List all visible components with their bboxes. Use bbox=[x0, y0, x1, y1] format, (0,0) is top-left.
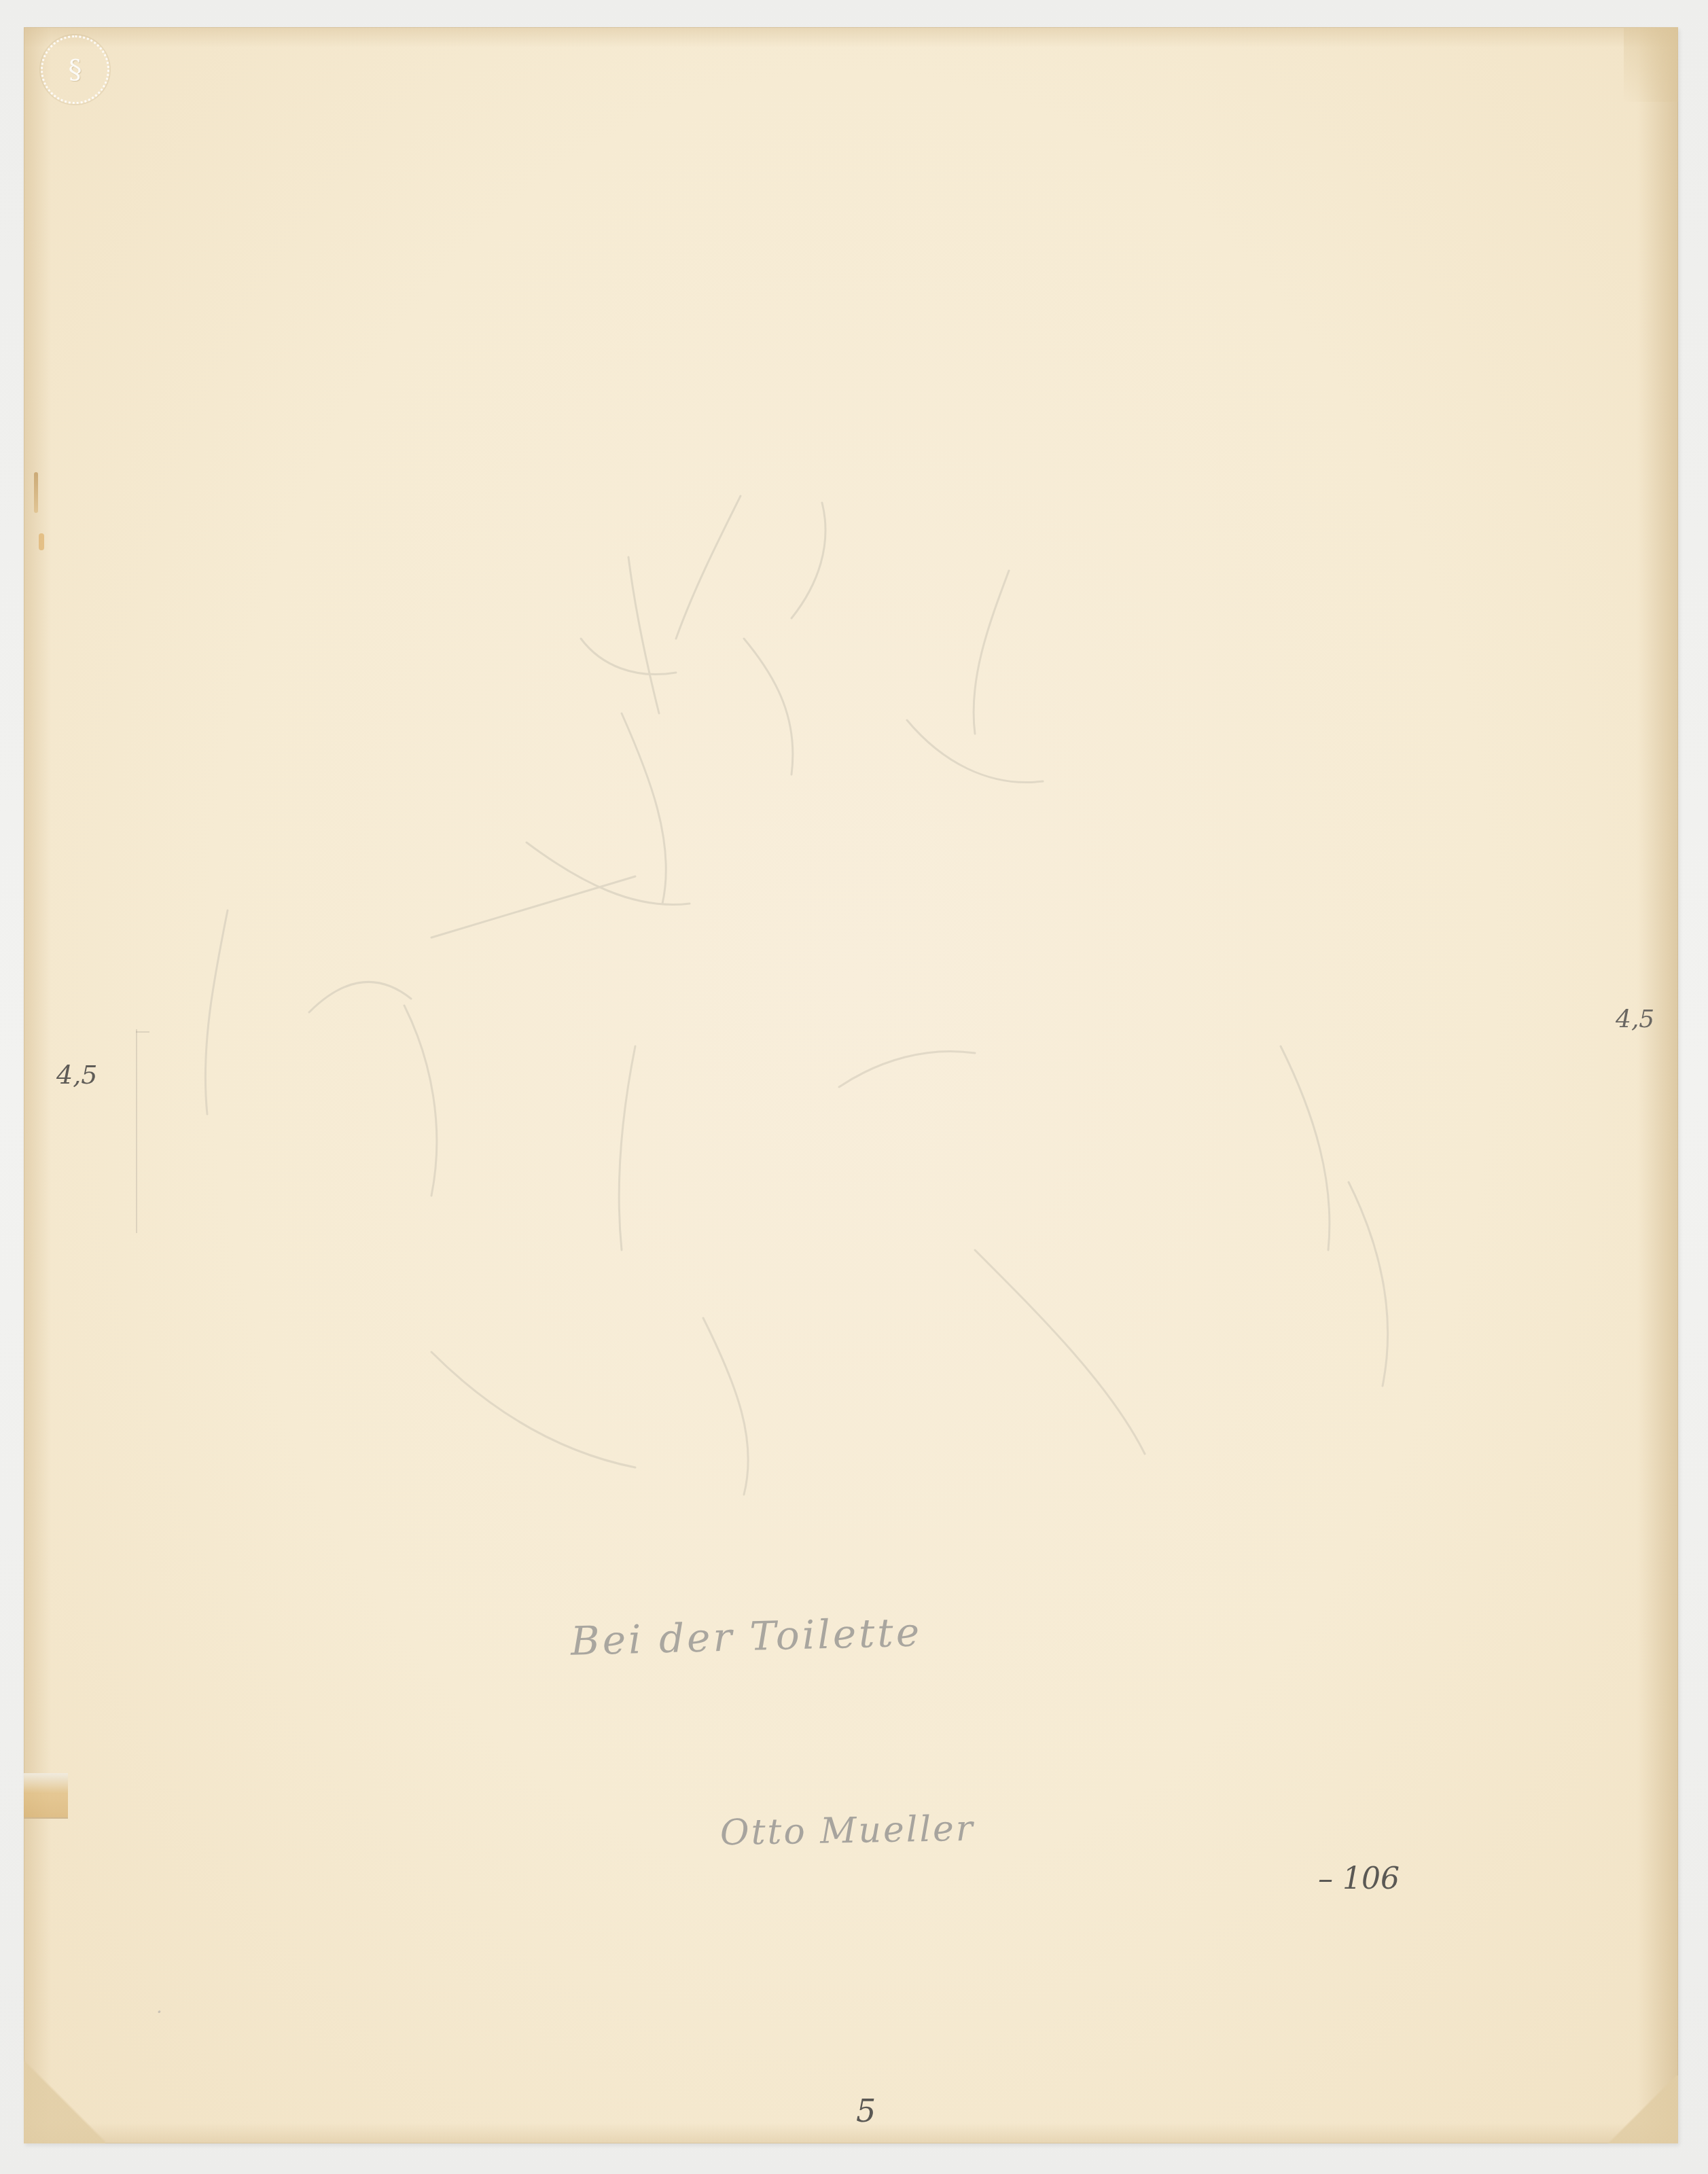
dimension-note-left: 4,5 bbox=[56, 1060, 97, 1090]
faint-ruled-tick bbox=[136, 1031, 149, 1033]
seal-glyph: § bbox=[69, 54, 82, 86]
page-number: 5 bbox=[856, 2092, 876, 2129]
faint-pencil-mark: · bbox=[156, 2001, 162, 2023]
corner-mount-bottom-left bbox=[24, 2055, 105, 2143]
inventory-number: – 106 bbox=[1318, 1861, 1400, 1896]
title-annotation: Bei der Toilette bbox=[570, 1609, 923, 1664]
corner-stain-top-right bbox=[1624, 27, 1678, 102]
paper-edge-bottom bbox=[24, 2123, 1678, 2143]
dimension-note-right: 4,5 bbox=[1616, 1005, 1654, 1033]
tape-remnant bbox=[24, 1773, 68, 1819]
paper-edge-top bbox=[24, 27, 1678, 48]
faint-ruled-line bbox=[136, 1029, 137, 1233]
edge-stain-spot bbox=[39, 533, 44, 550]
paper-edge-right bbox=[1637, 27, 1678, 2143]
artist-signature: Otto Mueller bbox=[720, 1808, 976, 1854]
paper-edge-left bbox=[24, 27, 51, 2143]
edge-stain-mark bbox=[34, 472, 38, 513]
scan-background: § bbox=[0, 0, 1708, 2174]
paper-sheet: § bbox=[24, 27, 1678, 2143]
corner-mount-bottom-right bbox=[1603, 2075, 1678, 2143]
embossed-seal-icon: § bbox=[41, 35, 109, 104]
